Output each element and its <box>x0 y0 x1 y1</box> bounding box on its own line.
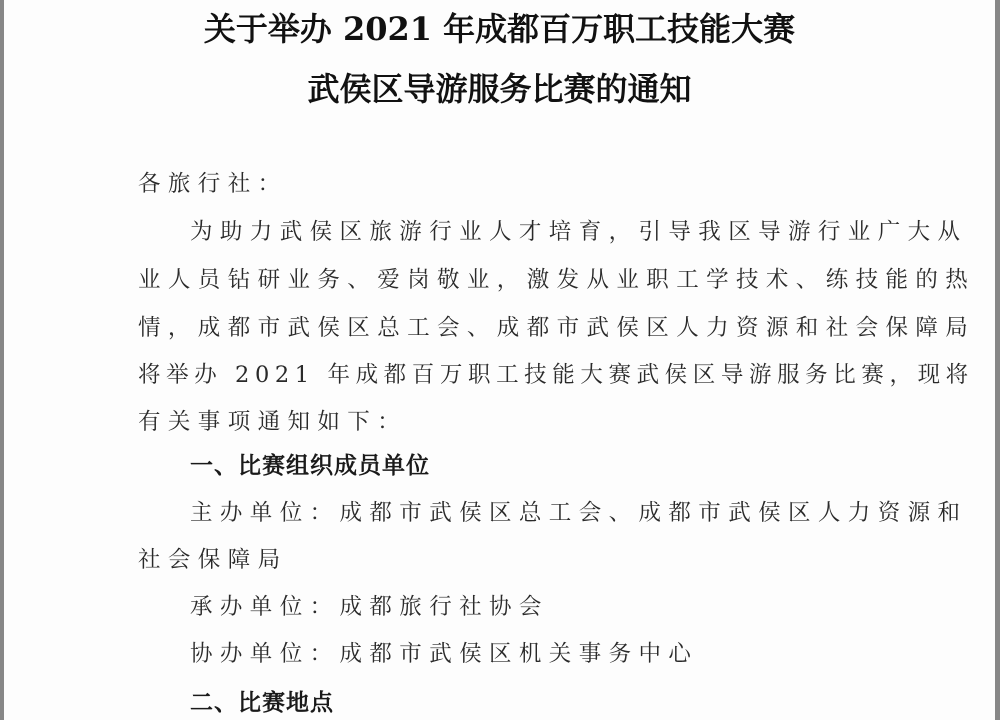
organizer-line: 主办单位：成都市武侯区总工会、成都市武侯区人力资源和 <box>190 495 967 527</box>
document-page: 关于举办 2021 年成都百万职工技能大赛 武侯区导游服务比赛的通知 各旅行社：… <box>4 0 995 720</box>
organizer-line: 社会保障局 <box>138 542 288 574</box>
intro-paragraph-line: 为助力武侯区旅游行业人才培育，引导我区导游行业广大从 <box>190 214 967 246</box>
section-heading-organizers: 一、比赛组织成员单位 <box>190 447 430 480</box>
intro-paragraph-line: 业人员钻研业务、爱岗敬业，激发从业职工学技术、练技能的热 <box>138 262 975 294</box>
organizer-line: 承办单位：成都旅行社协会 <box>190 589 549 621</box>
document-title-line-2: 武侯区导游服务比赛的通知 <box>4 64 995 110</box>
organizer-line: 协办单位：成都市武侯区机关事务中心 <box>190 636 698 668</box>
intro-paragraph-line: 情，成都市武侯区总工会、成都市武侯区人力资源和社会保障局 <box>138 310 975 342</box>
document-title-line-1: 关于举办 2021 年成都百万职工技能大赛 <box>4 4 995 50</box>
intro-paragraph-line: 有关事项通知如下： <box>138 404 407 436</box>
salutation: 各旅行社： <box>138 166 288 198</box>
section-heading-venue: 二、比赛地点 <box>190 684 334 717</box>
intro-paragraph-line: 将举办 2021 年成都百万职工技能大赛武侯区导游服务比赛，现将 <box>138 357 974 389</box>
